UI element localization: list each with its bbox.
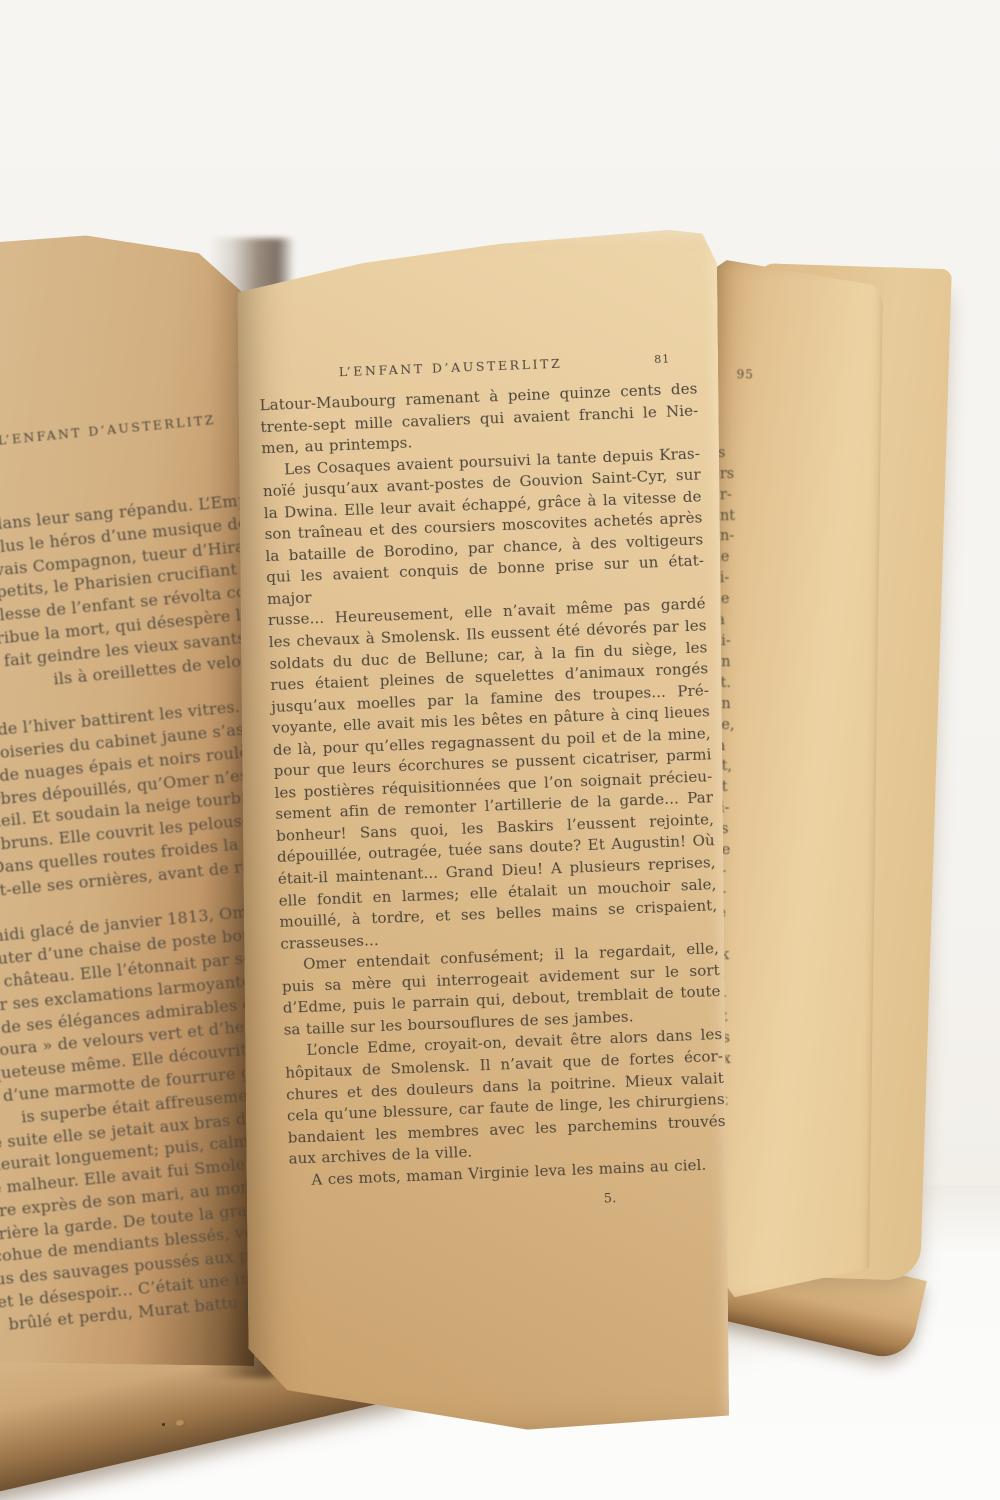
page-number: 95	[737, 367, 754, 381]
signature-mark: 5.	[290, 1184, 729, 1222]
body-text: Latour-Maubourg ramenant à peine quinze …	[259, 378, 727, 1191]
main-page-text: L’ENFANT D’AUSTERLITZ 81 Latour-Maubourg…	[258, 348, 729, 1223]
page-header: L’ENFANT D’AUSTERLITZ 81	[258, 348, 696, 383]
open-book-photo: 95 rsersar-enten-lleci-delani-unat.unde,…	[0, 0, 1000, 1500]
running-title: L’ENFANT D’AUSTERLITZ	[338, 353, 562, 383]
page-number: 81	[654, 349, 671, 371]
paper-speck	[162, 1423, 165, 1426]
main-page-81: L’ENFANT D’AUSTERLITZ 81 Latour-Maubourg…	[237, 230, 730, 1433]
paper-speck	[176, 1420, 185, 1427]
